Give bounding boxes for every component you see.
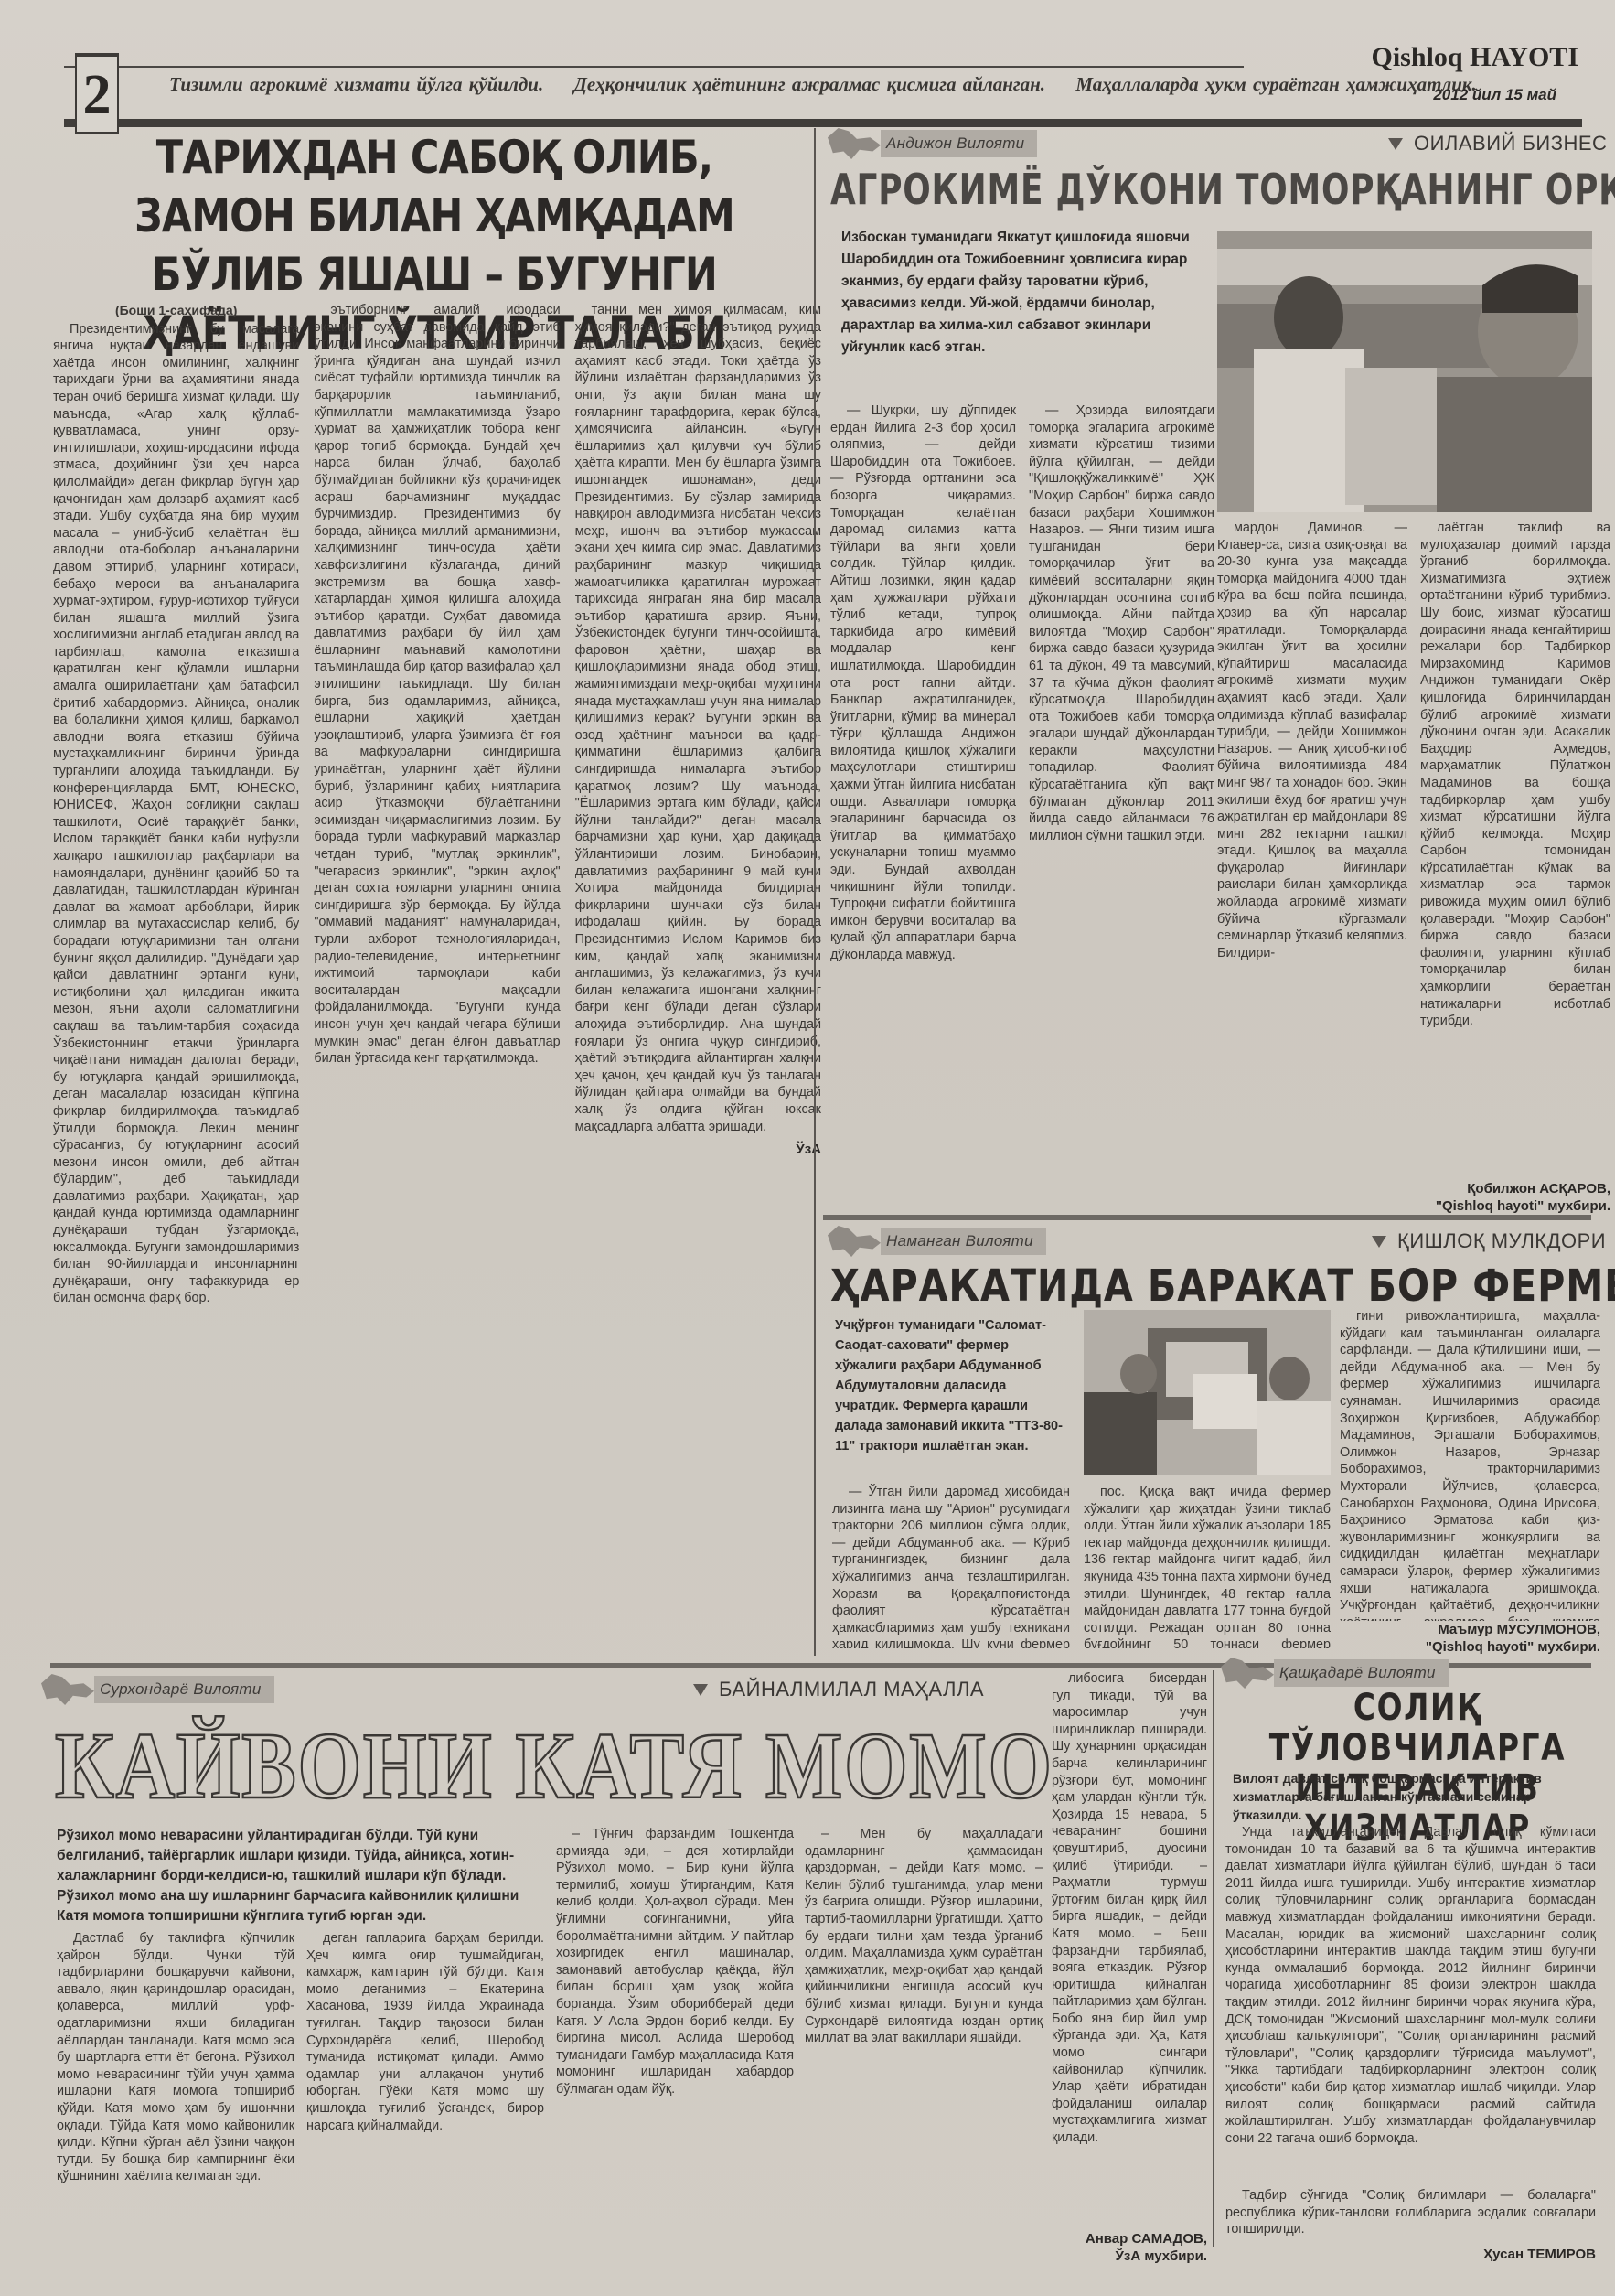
article3-column: пос. Қисқа вақт ичида фермер хўжалиги ҳа… (1084, 1484, 1331, 1648)
uzbekistan-map-icon (41, 1674, 94, 1705)
article4-text: – Мен бу маҳалладаги одамларнинг ҳаммаси… (805, 1826, 1043, 2047)
article4-column: – Тўнғич фарзандим Тошкентда армияда эди… (556, 1826, 794, 2296)
article2-column: лаётган таклиф ва мулоҳазалар доимий тар… (1420, 520, 1610, 1215)
article2-byline-role: "Qishloq hayoti" мухбири. (1420, 1197, 1610, 1215)
article3-text: пос. Қисқа вақт ичида фермер хўжалиги ҳа… (1084, 1484, 1331, 1648)
region-tag-andijan: Андижон Вилояти (828, 128, 1037, 159)
article4-column: – Мен бу маҳалладаги одамларнинг ҳаммаси… (805, 1826, 1043, 2296)
photo-farmers-with-tractor (1084, 1310, 1331, 1475)
article1-text: танни мен ҳимоя қилмасам, ким ҳимоя қила… (575, 302, 821, 1135)
article1-source: ЎзА (575, 1141, 821, 1158)
masthead-slogans: Тизимли агрокимё хизмати йўлга қўйилди. … (169, 73, 1501, 96)
article5-body: Унда таъкидланганидек, Давлат солиқ қўми… (1225, 1824, 1596, 2263)
article4-byline-name: Анвар САМАДОВ, (1052, 2230, 1207, 2248)
article4-column: либосига бисердан гул тикади, тўй ва мар… (1052, 1670, 1207, 2230)
article4-headline: КАЙВОНИ КАТЯ МОМО (55, 1716, 841, 1817)
region-label: Қашқадарё Вилояти (1274, 1659, 1449, 1687)
region-label: Наманган Вилояти (881, 1228, 1046, 1255)
newspaper-name: Qishloq HAYOTI (1372, 42, 1578, 73)
article3-photo (1084, 1310, 1331, 1475)
rubric-international-mahalla: БАЙНАЛМИЛАЛ МАҲАЛЛА (693, 1678, 984, 1701)
rubric-label: ОИЛАВИЙ БИЗНЕС (1414, 132, 1607, 156)
slogan: Тизимли агрокимё хизмати йўлга қўйилди. (169, 73, 543, 95)
masthead-thick-rule (64, 119, 1582, 127)
region-tag-surkhandarya: Сурхондарё Вилояти (41, 1674, 274, 1705)
article5-column: Тадбир сўнгида "Солиқ билимлари — болала… (1225, 2187, 1596, 2238)
article5-text: Унда таъкидланганидек, Давлат солиқ қўми… (1225, 1824, 1596, 2147)
article1-column: эътиборнинг амалий ифодаси эканини суҳба… (314, 302, 560, 1656)
photo-two-men-with-bag (1217, 231, 1592, 512)
article2-text: — Шукрки, шу дўппидек ердан йилига 2-3 б… (830, 402, 1016, 964)
article1-column: танни мен ҳимоя қилмасам, ким ҳимоя қила… (575, 302, 821, 1656)
uzbekistan-map-icon (1221, 1658, 1274, 1689)
article4-text: деган гапларига барҳам берилди. Ҳеч кимг… (306, 1930, 544, 2134)
article2-column: мардон Даминов. — Клавер-са, сизга озиқ-… (1217, 520, 1407, 1215)
article1-text: Президентимизнинг бу масалага янгича нуқ… (53, 321, 299, 1307)
masthead: 2 Тизимли агрокимё хизмати йўлга қўйилди… (64, 53, 1582, 135)
article4-column: деган гапларига барҳам берилди. Ҳеч кимг… (306, 1930, 544, 2296)
uzbekistan-map-icon (828, 128, 881, 159)
article2-photo (1217, 231, 1592, 512)
article5-byline: Ҳусан ТЕМИРОВ (1225, 2246, 1596, 2263)
section-divider (823, 1215, 1591, 1220)
article3-byline-role: "Qishloq hayoti" мухбири. (1340, 1638, 1600, 1656)
article5-column: Унда таъкидланганидек, Давлат солиқ қўми… (1225, 1824, 1596, 2187)
rubric-village-owner: ҚИШЛОҚ МУЛКДОРИ (1372, 1229, 1606, 1253)
masthead-thin-rule (64, 66, 1244, 68)
article3-column: гини ривожлантиришга, маҳалла-кўйдаги ка… (1340, 1308, 1600, 1621)
article2-headline: АГРОКИМЁ ДЎКОНИ ТОМОРҚАНИНГ ОРҚАСИДА (830, 163, 1429, 216)
article2-byline-name: Қобилжон АСҚАРОВ, (1420, 1180, 1610, 1197)
article3-right-column: гини ривожлантиришга, маҳалла-кўйдаги ка… (1340, 1308, 1600, 1656)
article3-byline-name: Маъмур МУСУЛМОНОВ, (1340, 1621, 1600, 1638)
article3-text: — Ўтган йили даромад ҳисобидан лизингга … (832, 1484, 1070, 1648)
triangle-down-icon (693, 1684, 708, 1696)
article3-text: гини ривожлантиришга, маҳалла-кўйдаги ка… (1340, 1308, 1600, 1621)
region-tag-kashkadarya: Қашқадарё Вилояти (1221, 1658, 1449, 1689)
issue-date: 2012 йил 15 май (1433, 86, 1556, 104)
newspaper-page: 2 Тизимли агрокимё хизмати йўлга қўйилди… (0, 0, 1615, 2296)
article2-column: — Шукрки, шу дўппидек ердан йилига 2-3 б… (830, 402, 1016, 1207)
article2-column: — Ҳозирда вилоятдаги томорқа эгаларига а… (1029, 402, 1214, 1207)
triangle-down-icon (1388, 138, 1403, 150)
column-divider (814, 128, 816, 1656)
column-divider (1213, 1670, 1214, 2247)
article2-body-left: — Шукрки, шу дўппидек ердан йилига 2-3 б… (830, 402, 1214, 1207)
article2-text: мардон Даминов. — Клавер-са, сизга озиқ-… (1217, 520, 1407, 961)
article2-text: — Ҳозирда вилоятдаги томорқа эгаларига а… (1029, 402, 1214, 844)
article4-text: либосига бисердан гул тикади, тўй ва мар… (1052, 1670, 1207, 2147)
triangle-down-icon (1372, 1236, 1386, 1248)
article2-body-right: мардон Даминов. — Клавер-са, сизга озиқ-… (1217, 520, 1610, 1215)
slogan: Маҳаллаларда ҳукм сураётган ҳамжиҳатлик. (1075, 73, 1476, 95)
article1-body: (Боши 1-саҳифада) Президентимизнинг бу м… (53, 302, 821, 1656)
rubric-label: БАЙНАЛМИЛАЛ МАҲАЛЛА (719, 1678, 984, 1701)
article4-last-column: либосига бисердан гул тикади, тўй ва мар… (1052, 1670, 1207, 2265)
article4-text: – Тўнғич фарзандим Тошкентда армияда эди… (556, 1826, 794, 2098)
page-number: 2 (75, 53, 119, 134)
article2-text: лаётган таклиф ва мулоҳазалар доимий тар… (1420, 520, 1610, 1180)
article5-closing: Тадбир сўнгида "Солиқ билимлари — болала… (1225, 2187, 1596, 2238)
article3-lead: Учқўрғон туманидаги "Саломат-Саодат-сахо… (835, 1315, 1064, 1456)
region-label: Сурхондарё Вилояти (94, 1676, 274, 1703)
article2-lead: Избоскан туманидаги Яккатут қишлоғида яш… (841, 227, 1207, 359)
article4-lead: Рўзихол момо неварасини уйлантирадиган б… (57, 1826, 541, 1926)
article4-column: Дастлаб бу таклифга кўпчилик ҳайрон бўлд… (57, 1930, 294, 2296)
article3-headline: ҲАРАКАТИДА БАРАКАТ БОР ФЕРМЕР (830, 1261, 1538, 1312)
region-tag-namangan: Наманган Вилояти (828, 1226, 1046, 1257)
slogan: Деҳқончилик ҳаётининг ажралмас қисмига а… (573, 73, 1045, 95)
continued-note: (Боши 1-саҳифада) (53, 302, 299, 319)
article4-text: Дастлаб бу таклифга кўпчилик ҳайрон бўлд… (57, 1930, 294, 2185)
article5-lead: Вилоят давлат солиқ бошқармасида интерак… (1233, 1769, 1599, 1824)
rubric-family-business: ОИЛАВИЙ БИЗНЕС (1388, 132, 1607, 156)
article1-text: эътиборнинг амалий ифодаси эканини суҳба… (314, 302, 560, 1068)
region-label: Андижон Вилояти (881, 130, 1037, 157)
article3-column: — Ўтган йили даромад ҳисобидан лизингга … (832, 1484, 1070, 1648)
article4-byline-role: ЎзА мухбири. (1052, 2248, 1207, 2265)
rubric-label: ҚИШЛОҚ МУЛКДОРИ (1397, 1229, 1606, 1253)
article1-column: (Боши 1-саҳифада) Президентимизнинг бу м… (53, 302, 299, 1656)
uzbekistan-map-icon (828, 1226, 881, 1257)
